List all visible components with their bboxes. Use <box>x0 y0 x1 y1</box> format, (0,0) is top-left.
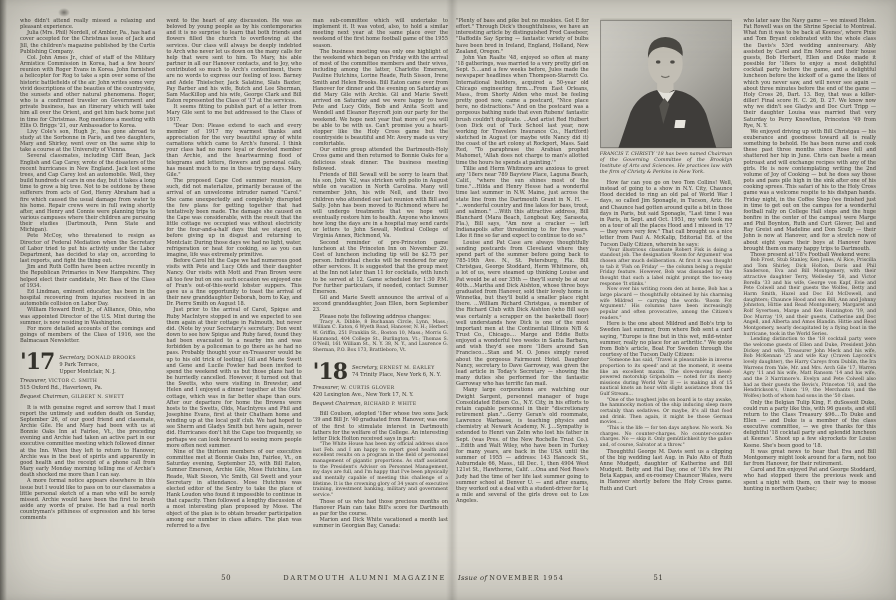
officer-line: Bequest Chairman, GILBERT N. SWETT <box>20 394 155 401</box>
page-left-footer: 50 DARTMOUTH ALUMNI MAGAZINE <box>20 574 448 585</box>
paragraph: Friends of Bill Sewall will be sorry to … <box>313 172 448 240</box>
officer-line: Treasurer, W. CURTIS GLOVER <box>313 385 448 392</box>
page-left: who didn't attend really missed a relaxi… <box>20 0 448 600</box>
paragraph: How far can you go on two Tom Collins! W… <box>600 180 733 248</box>
paragraph: Please note the following address change… <box>313 314 448 320</box>
paragraph: "Someone has said, 'Travel is pleasurabl… <box>600 358 733 398</box>
paragraph: Carol and Em enjoyed Pat and George Stod… <box>743 467 876 492</box>
class-year-numeral: '17 <box>20 353 54 372</box>
paragraph: Many large corporations are watching our… <box>456 387 589 504</box>
page-right-footer: Issue of NOVEMBER 1954 51 <box>456 574 876 585</box>
paragraph: Just prior to the arrival of Carol, Spiq… <box>166 307 301 449</box>
issue-date: Issue of NOVEMBER 1954 <box>458 574 564 582</box>
paragraph: A more formal notice appears elsewhere i… <box>20 478 155 521</box>
class-year-numeral: '18 <box>313 363 347 382</box>
paragraph: Jim and Ruth Coffin have been active rec… <box>20 264 155 289</box>
page-gutter-shadow <box>446 0 458 600</box>
ink-spot-artifact <box>58 8 70 17</box>
officer-address: 515 Oxford Rd., Havertown, Pa. <box>20 385 155 391</box>
paragraph: Our entire group attended the Dartmouth-… <box>313 147 448 172</box>
officer-info: Secretary, DONALD BROOKS9 Park Terrace,U… <box>59 353 136 375</box>
paragraph: We enjoyed driving up with Bill Christga… <box>743 129 876 252</box>
paragraph: Col. John Ames Jr., chief of staff of th… <box>20 55 155 129</box>
officer-line: Secretary, ERNEST M. EARLEY <box>352 365 441 372</box>
class-officer: Treasurer, VICTOR C. SMITH515 Oxford Rd.… <box>20 378 155 391</box>
page-number: 51 <box>653 574 663 582</box>
paragraph: For more detailed accounts of the coming… <box>20 326 155 344</box>
paragraph: Julia (Mrs. Phil) Nordell, of Ambler, Pa… <box>20 30 155 55</box>
paragraph: "This is the life — for ten days anyhow.… <box>600 426 733 449</box>
officer-address: 420 Lexington Ave., New York 17, N. Y. <box>313 392 448 398</box>
paragraph: "Your illustrious classmate Robert Fisk … <box>600 248 733 288</box>
officer-title: Secretary, <box>352 365 380 371</box>
paragraph: Pete McCoy, who threatened to resign as … <box>20 233 155 264</box>
paragraph: "One of the toughest jobs on board is to… <box>600 398 733 426</box>
paragraph: who didn't attend really missed a relaxi… <box>20 18 155 30</box>
text-column: went to the heart of any discussion. He … <box>166 18 301 570</box>
class-officer: Bequest Chairman, RICHARD P. WHITE <box>313 401 448 408</box>
paragraph: Louise and Pat Case are always thoughtfu… <box>456 240 589 388</box>
magazine-spread: who didn't attend really missed a relaxi… <box>0 0 896 600</box>
paragraph: man sub-committee which will undertake t… <box>313 18 448 49</box>
officer-name: GILBERT N. SWETT <box>71 395 124 400</box>
paragraph: Bill Coulson, adopted '18er whose two so… <box>313 411 448 442</box>
paragraph: Several classmates, including Cliff Bean… <box>20 153 155 233</box>
officer-line: Bequest Chairman, RICHARD P. WHITE <box>313 401 448 408</box>
class-officer: Treasurer, W. CURTIS GLOVER420 Lexington… <box>313 385 448 398</box>
paragraph: Livy Cole's son, Hugh Jr., has gone abro… <box>20 129 155 154</box>
paragraph: Gil and Marie Swett announce the arrival… <box>313 295 448 313</box>
officer-title: Treasurer, <box>20 378 48 384</box>
text-column: man sub-committee which will undertake t… <box>313 18 448 570</box>
photo-caption: FRANCIS T. CHRISTY '18 has been named Ch… <box>600 151 733 175</box>
paragraph: Bob Frost, Stub Stanley, Ken Jones, Al R… <box>743 258 876 337</box>
portrait-photo <box>600 20 733 148</box>
officer-title: Secretary, <box>59 355 87 361</box>
officer-name: ERNEST M. EARLEY <box>380 366 435 371</box>
paragraph: It seems fitting to publish part of a le… <box>166 104 301 122</box>
officer-info: Bequest Chairman, GILBERT N. SWETT <box>20 394 155 401</box>
paragraph: "The White House has been my official ad… <box>313 442 448 499</box>
text-column: who later saw the Navy game — we missed … <box>743 18 876 570</box>
magazine-title: DARTMOUTH ALUMNI MAGAZINE <box>283 574 446 582</box>
scan-edge-artifact <box>0 0 7 600</box>
paragraph: "Dear Don: Please extend to each and eve… <box>166 123 301 178</box>
officer-address: Upper Montclair, N. J. <box>59 369 136 375</box>
issue-prefix: Issue of <box>458 574 487 582</box>
officer-name: RICHARD P. WHITE <box>364 402 417 407</box>
page-left-columns: who didn't attend really missed a relaxi… <box>20 18 448 570</box>
paragraph: Before Carol hit the Cape we had numerou… <box>166 258 301 307</box>
paragraph: Those of us who had those precious month… <box>313 499 448 517</box>
officer-title: Treasurer, <box>313 385 341 391</box>
officer-line: Secretary, DONALD BROOKS <box>59 355 136 362</box>
paragraph: It is with genuine regret and sorrow tha… <box>20 405 155 479</box>
officer-info: Treasurer, W. CURTIS GLOVER420 Lexington… <box>313 385 448 398</box>
paragraph: The proposed Cape Cod summer reunion, as… <box>166 178 301 258</box>
page-number: 50 <box>221 574 231 582</box>
officer-info: Treasurer, VICTOR C. SMITH515 Oxford Rd.… <box>20 378 155 391</box>
paragraph: William Howard Brett Jr., of Alliance, O… <box>20 307 155 325</box>
officer-address: 74 Trinity Place, New York 6, N. Y. <box>352 372 441 378</box>
paragraph: It was great news to hear that Eva and B… <box>743 449 876 467</box>
officer-title: Bequest Chairman, <box>20 394 71 400</box>
paragraph: Thoughtful George M. Davis sent us a cli… <box>600 449 733 492</box>
paragraph: Only the Belgian Tulip King, F. duSossoi… <box>743 400 876 449</box>
paragraph: went to the heart of any discussion. He … <box>166 18 301 104</box>
page-right-columns: "Plenty of bass and pike but no muskies.… <box>456 18 876 570</box>
paragraph: Tillie and Herm Whitmore are anxious to … <box>456 166 589 240</box>
paragraph: John Van Raalte '48, enjoyed so often at… <box>456 55 589 166</box>
page-right: "Plenty of bass and pike but no muskies.… <box>456 0 876 600</box>
officer-info: Secretary, ERNEST M. EARLEY74 Trinity Pl… <box>352 363 441 378</box>
officer-info: Bequest Chairman, RICHARD P. WHITE <box>313 401 448 408</box>
officer-name: W. CURTIS GLOVER <box>341 386 394 391</box>
paragraph: The business meeting was only one highli… <box>313 49 448 148</box>
paragraph: Nine of the thirteen members of our exec… <box>166 449 301 529</box>
officer-line: Treasurer, VICTOR C. SMITH <box>20 378 155 385</box>
officer-name: VICTOR C. SMITH <box>48 379 97 384</box>
class-officer: Bequest Chairman, GILBERT N. SWETT <box>20 394 155 401</box>
paragraph: Here is the one about Mildred and Bob's … <box>600 321 733 358</box>
officer-name: DONALD BROOKS <box>87 356 136 361</box>
paragraph: Tracy A. Dibble, 8 Buchanan Circle, Lynn… <box>313 320 448 354</box>
issue-caps: NOVEMBER 1954 <box>489 574 564 582</box>
paragraph: Lending distinction to the '18 cocktail … <box>743 337 876 399</box>
paragraph: "Plenty of bass and pike but no muskies.… <box>456 18 589 55</box>
text-column: who didn't attend really missed a relaxi… <box>20 18 155 570</box>
paragraph: Now over his writing room den at home, B… <box>600 287 733 321</box>
paragraph: who later saw the Navy game — we missed … <box>743 18 876 129</box>
officer-title: Bequest Chairman, <box>313 401 364 407</box>
paragraph: Marion and Dick White vacationed a month… <box>313 517 448 529</box>
class-section-heading: '17Secretary, DONALD BROOKS9 Park Terrac… <box>20 353 155 375</box>
paragraph: Ed Lindman, eminent educator, has been i… <box>20 289 155 307</box>
text-column: "Plenty of bass and pike but no muskies.… <box>456 18 589 570</box>
text-column: FRANCIS T. CHRISTY '18 has been named Ch… <box>600 18 733 570</box>
class-section-heading: '18Secretary, ERNEST M. EARLEY74 Trinity… <box>313 363 448 382</box>
paragraph: Second reminder of pre-Princeton game lu… <box>313 240 448 295</box>
